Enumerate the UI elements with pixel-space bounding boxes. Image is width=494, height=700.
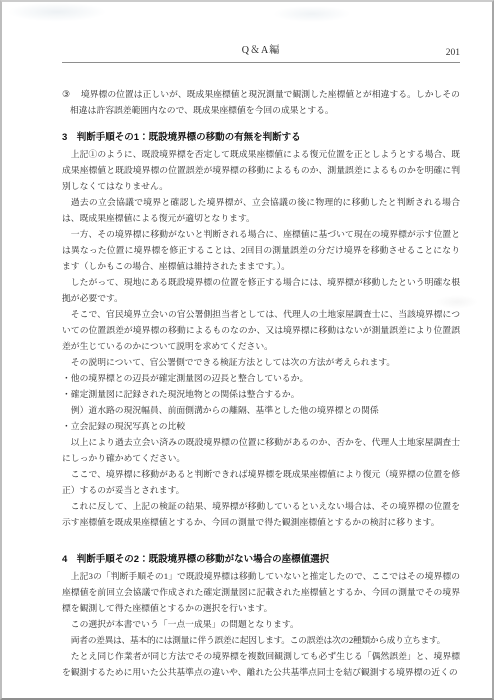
bullet-item: ・立会記録の現況写真との比較 <box>62 418 460 434</box>
paragraph: したがって、現地にある既設境界標の位置を修正する場合には、境界標が移動したという… <box>62 274 460 306</box>
section-3-heading: 3 判断手順その1：既設境界標の移動の有無を判断する <box>62 130 460 146</box>
bullet-item: ・確定測量図に記録された現況地物との関係は整合するか。 <box>62 386 460 402</box>
header-title: Q＆A編 <box>242 45 280 56</box>
bullet-item: ・他の境界標との辺長が確定測量図の辺長と整合しているか。 <box>62 370 460 386</box>
example-line: 例）道水路の現況幅員、前面側溝からの離隔、基準とした他の境界標との関係 <box>62 402 460 418</box>
scanned-page: Q＆A編 201 ③境界標の位置は正しいが、既成果座標値と現況測量で観測した座標… <box>0 0 494 700</box>
paragraph: 上記①のように、既設境界標を否定して既成果座標値による復元位置を正としようとする… <box>62 146 460 194</box>
paragraph: その説明について、官公署側でできる検証方法としては次の方法が考えられます。 <box>62 354 460 370</box>
paragraph: この選択が本書でいう「一点一成果」の問題となります。 <box>62 616 460 632</box>
paragraph: ここで、境界標に移動があると判断できれば境界標を既成果座標値により復元（境界標の… <box>62 466 460 498</box>
item-marker: ③ <box>62 89 70 99</box>
paragraph: そこで、官民境界立会いの官公署側担当者としては、代理人の土地家屋調査士に、当該境… <box>62 306 460 354</box>
numbered-item-3: ③境界標の位置は正しいが、既成果座標値と現況測量で観測した座標値とが相違する。し… <box>62 86 460 118</box>
paragraph: 過去の立会協議で境界と確認した境界標が、立会協議の後に物理的に移動したと判断され… <box>62 194 460 226</box>
page-body: ③境界標の位置は正しいが、既成果座標値と現況測量で観測した座標値とが相違する。し… <box>62 86 460 680</box>
paragraph: たとえ同じ作業者が同じ方法でその境界標を複数回観測しても必ず生じる「偶然誤差」と… <box>62 648 460 680</box>
paragraph: 以上により過去立会い済みの既設境界標の位置に移動があるのか、否かを、代理人土地家… <box>62 434 460 466</box>
page-header: Q＆A編 201 <box>62 2 460 63</box>
paragraph: これに反して、上記の検証の結果、境界標が移動しているといえない場合は、その境界標… <box>62 498 460 530</box>
paragraph: 両者の差異は、基本的には測量に伴う誤差に起因します。この誤差は次の2種類から成り… <box>62 632 460 648</box>
paragraph: 上記3の「判断手順その1」で既設境界標は移動していないと推定したので、ここではそ… <box>62 568 460 616</box>
text-column: Q＆A編 201 ③境界標の位置は正しいが、既成果座標値と現況測量で観測した座標… <box>62 2 460 680</box>
paragraph: 一方、その境界標に移動がないと判断される場合に、座標値に基づいて現在の境界標が示… <box>62 226 460 274</box>
item-text: 境界標の位置は正しいが、既成果座標値と現況測量で観測した座標値とが相違する。しか… <box>70 89 460 115</box>
page-number: 201 <box>446 48 460 58</box>
section-4-heading: 4 判断手順その2：既設境界標の移動がない場合の座標値選択 <box>62 552 460 568</box>
